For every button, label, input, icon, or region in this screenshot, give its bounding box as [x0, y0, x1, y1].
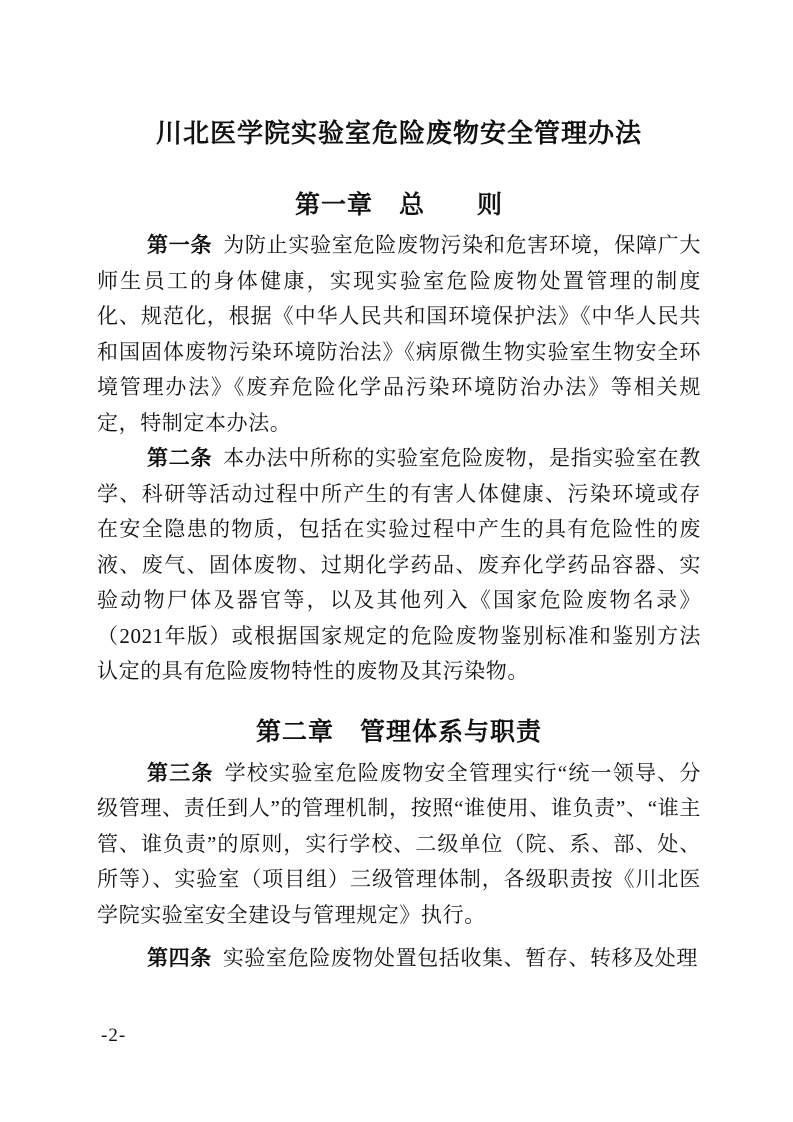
- chapter-1-heading: 第一章 总 则: [97, 189, 701, 221]
- article-2-label: 第二条: [147, 446, 212, 470]
- document-page: 川北医学院实验室危险废物安全管理办法 第一章 总 则 第一条为防止实验室危险废物…: [0, 0, 793, 1122]
- article-4: 第四条实验室危险废物处置包括收集、暂存、转移及处理: [97, 941, 701, 977]
- article-2-text: 本办法中所称的实验室危险废物，是指实验室在教学、科研等活动过程中所产生的有害人体…: [97, 446, 701, 683]
- article-2: 第二条本办法中所称的实验室危险废物，是指实验室在教学、科研等活动过程中所产生的有…: [97, 441, 701, 690]
- page-content: 川北医学院实验室危险废物安全管理办法 第一章 总 则 第一条为防止实验室危险废物…: [97, 0, 701, 977]
- article-3: 第三条学校实验室危险废物安全管理实行“统一领导、分级管理、责任到人”的管理机制，…: [97, 756, 701, 934]
- document-title: 川北医学院实验室危险废物安全管理办法: [97, 0, 701, 149]
- page-number: -2-: [101, 1024, 126, 1048]
- article-4-text: 实验室危险废物处置包括收集、暂存、转移及处理: [223, 946, 698, 970]
- article-4-label: 第四条: [147, 946, 212, 970]
- chapter-2-heading: 第二章 管理体系与职责: [97, 716, 701, 748]
- article-1: 第一条为防止实验室危险废物污染和危害环境，保障广大师生员工的身体健康，实现实验室…: [97, 228, 701, 441]
- article-1-text: 为防止实验室危险废物污染和危害环境，保障广大师生员工的身体健康，实现实验室危险废…: [97, 233, 701, 435]
- article-1-label: 第一条: [147, 233, 212, 257]
- article-3-label: 第三条: [147, 761, 214, 785]
- article-3-text: 学校实验室危险废物安全管理实行“统一领导、分级管理、责任到人”的管理机制，按照“…: [97, 761, 701, 927]
